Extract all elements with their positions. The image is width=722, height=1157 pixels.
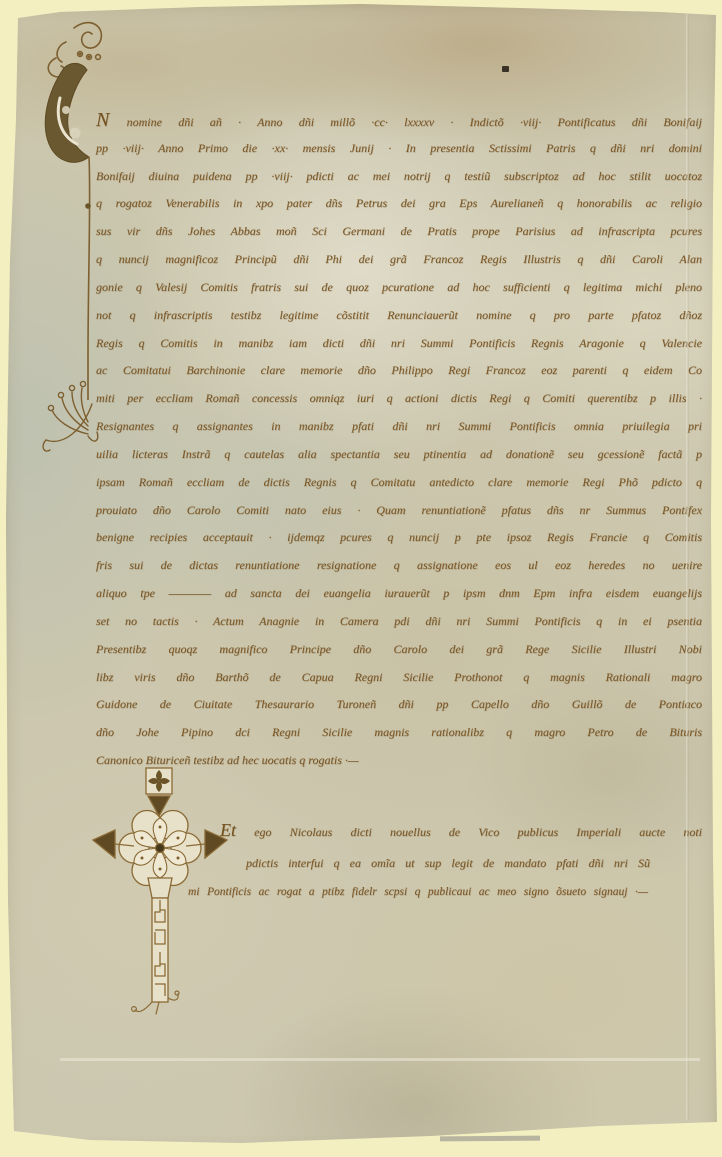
notary-subscription-line: Et ego Nicolaus dicti nouellus de Vico p… bbox=[220, 819, 702, 841]
text-line: Bonifaij diuina puidena pp ·viij· pdicti… bbox=[96, 165, 702, 187]
text-line: sus vir dñs Johes Abbas moñ Sci Germani … bbox=[96, 220, 702, 242]
manuscript-photo: N nomine dñi añ · Anno dñi millõ ·cc· lx… bbox=[0, 0, 722, 1157]
text-line: uilia licteras Instrã q cautelas alia sp… bbox=[96, 443, 702, 465]
text-line: N nomine dñi añ · Anno dñi millõ ·cc· lx… bbox=[96, 109, 702, 131]
text-line: q rogatoz Venerabilis in xpo pater dñs P… bbox=[96, 192, 702, 214]
text-line: not q infrascriptis testibz legitime cõs… bbox=[96, 304, 702, 326]
text-line: fris sui de dictas renuntiatione resigna… bbox=[96, 554, 702, 576]
text-line: benigne recipies acceptauit · ijdemqz pc… bbox=[96, 526, 702, 548]
decorated-capital: N bbox=[96, 109, 110, 131]
text-line: Resignantes q assignantes in manibz pfat… bbox=[96, 415, 702, 437]
notary-subscription-line: pdictis interfui q ea omĩa ut sup legit … bbox=[246, 852, 650, 874]
text-line: Guidone de Ciuitate Thesaurario Turoneñ … bbox=[96, 693, 702, 715]
text-line: set no tactis · Actum Anagnie in Camera … bbox=[96, 610, 702, 632]
text-line: prouiato dño Carolo Comiti nato eius · Q… bbox=[96, 499, 702, 521]
text-line: aliquo tpe ———— ad sancta dei euangelia … bbox=[96, 582, 702, 604]
text-line: Presentibz quoqz magnifico Principe dño … bbox=[96, 638, 702, 660]
text-line: q nuncij magnificoz Principũ dñi Phi dei… bbox=[96, 248, 702, 270]
text-line: pp ·viij· Anno Primo die ·xx· mensis Jun… bbox=[96, 137, 702, 159]
notary-subscription-line: mi Pontificis ac rogat a ptibz fidelr sc… bbox=[188, 881, 648, 903]
text-line: Regis q Comitis in manibz iam dicti dñi … bbox=[96, 332, 702, 354]
text-line: ac Comitatui Barchinonie clare memorie d… bbox=[96, 359, 702, 381]
text-line: miti per eccliam Romañ concessis omniqz … bbox=[96, 387, 702, 409]
notarial-sign-icon bbox=[85, 762, 235, 1024]
text-line: gonie q Valesij Comitis fratris sui de q… bbox=[96, 276, 702, 298]
text-line: dño Johe Pipino dci Regni Sicilie magnis… bbox=[96, 721, 702, 743]
text-line: ipsam Romañ eccliam de dictis Regnis q C… bbox=[96, 471, 702, 493]
text-line: libz viris dño Barthõ de Capua Regni Sic… bbox=[96, 666, 702, 688]
edge-shadow-mark bbox=[440, 1136, 540, 1142]
